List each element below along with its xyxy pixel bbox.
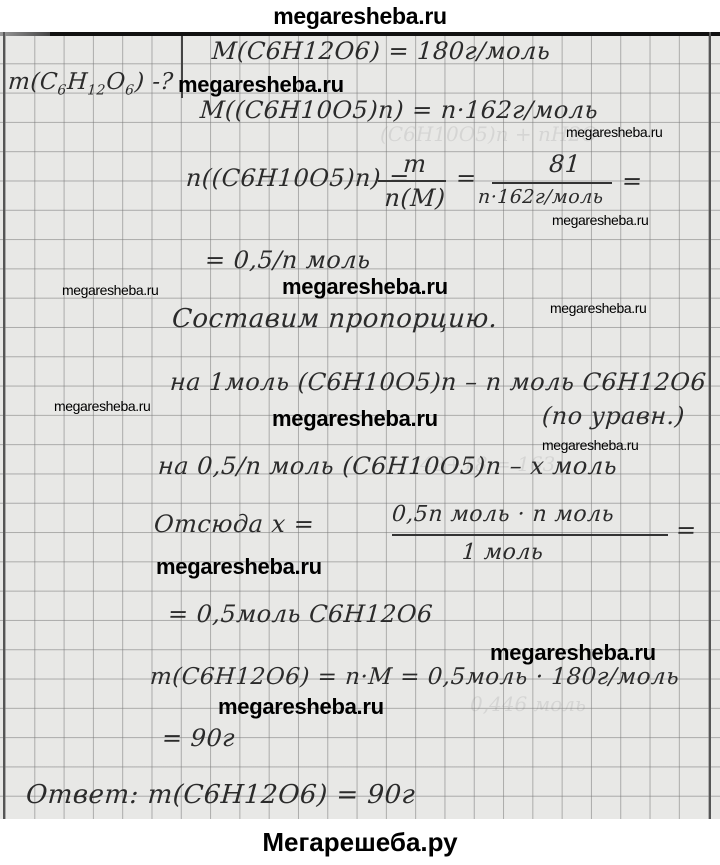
watermark: megaresheba.ru	[566, 124, 662, 140]
watermark: megaresheba.ru	[178, 72, 344, 98]
frac1-numerator: m	[379, 150, 451, 178]
watermark: megaresheba.ru	[550, 300, 646, 316]
amount-result: = 0,5/n моль	[204, 246, 372, 274]
left-margin-line	[3, 32, 5, 819]
x-formula-lhs: Отсюда x =	[153, 510, 315, 538]
fraction-bar	[378, 180, 446, 182]
equals-sign: =	[675, 516, 698, 544]
proportion-line-2: на 0,5/n моль (C6H10O5)n – x моль	[157, 452, 618, 480]
x-formula-numerator: 0,5n моль · n моль	[391, 502, 615, 527]
watermark: megaresheba.ru	[490, 640, 656, 666]
molar-mass-cellulose: M((C6H10O5)n) = n·162г/моль	[199, 96, 599, 124]
equals-sign: =	[455, 164, 478, 192]
watermark: megaresheba.ru	[552, 212, 648, 228]
final-answer: Ответ: m(C6H12O6) = 90г	[25, 780, 416, 810]
fraction-bar	[392, 534, 668, 536]
mass-formula: m(C6H12O6) = n·M = 0,5моль · 180г/моль	[149, 664, 680, 690]
frac2-denominator: n·162г/моль	[477, 186, 604, 208]
bleed-through-text: 0,446 моль	[470, 692, 586, 716]
frac1-denominator: n(M)	[379, 184, 451, 212]
right-margin-line	[709, 32, 711, 819]
molar-mass-glucose: M(C6H12O6) = 180г/моль	[211, 37, 551, 65]
site-header: megaresheba.ru	[0, 0, 720, 32]
x-formula-denominator: 1 моль	[461, 540, 544, 565]
equals-sign: =	[621, 167, 644, 195]
notebook-sheet: (C6H10O5)n + nH2O 42+18 = 163 0,446 моль…	[0, 32, 720, 819]
sheet-edge	[0, 32, 50, 36]
amount-formula-lhs: n((C6H10O5)n) =	[185, 164, 411, 192]
given-unknown: m(C6H12O6) -?	[7, 69, 174, 99]
site-footer: Мегарешеба.ру	[0, 819, 720, 865]
mass-result: = 90г	[161, 724, 236, 752]
watermark: megaresheba.ru	[282, 274, 448, 300]
watermark: megaresheba.ru	[272, 406, 438, 432]
watermark: megaresheba.ru	[218, 694, 384, 720]
frac2-numerator: 81	[489, 150, 641, 178]
watermark: megaresheba.ru	[54, 398, 150, 414]
watermark: megaresheba.ru	[62, 282, 158, 298]
watermark: megaresheba.ru	[156, 554, 322, 580]
proportion-note: (по уравн.)	[541, 402, 686, 430]
watermark: megaresheba.ru	[542, 437, 638, 453]
x-result: = 0,5моль C6H12O6	[167, 600, 434, 628]
bleed-through-text: (C6H10O5)n + nH2O	[380, 122, 597, 146]
sheet-top-border	[50, 32, 720, 36]
fraction-bar	[492, 182, 612, 184]
proportion-heading: Составим пропорцию.	[171, 304, 499, 334]
proportion-line-1: на 1моль (C6H10O5)n – n моль C6H12O6	[169, 368, 707, 396]
